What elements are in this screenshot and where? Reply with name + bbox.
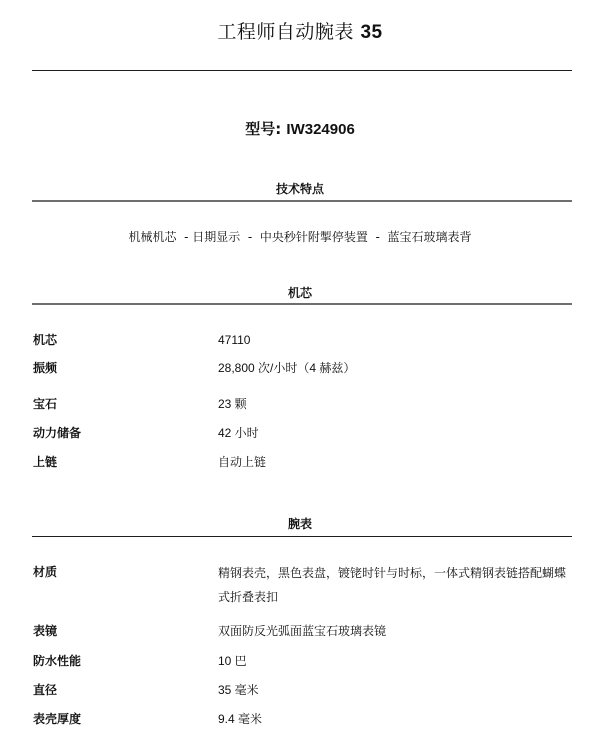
section-divider-movement [32,303,572,305]
page-title-text: 工程师自动腕表 [217,21,354,43]
section-divider-watch [32,536,572,537]
section-heading-movement: 机芯 [0,284,600,301]
spec-value: 42 小时 [218,422,573,444]
spec-value: 28,800 次/小时（4 赫兹） [218,357,573,379]
model-number: 型号: IW324906 [0,118,600,139]
spec-value: 47110 [218,329,573,351]
section-heading-technical-features: 技术特点 [0,180,600,197]
spec-value: 9.4 毫米 [218,708,573,730]
model-label: 型号: [245,120,281,138]
spec-value: 精钢表壳，黑色表盘，镀铑时针与时标，一体式精钢表链搭配蝴蝶式折叠表扣 [218,561,573,609]
spec-label: 表镜 [33,620,57,642]
spec-value: 23 颗 [218,393,573,415]
technical-features-list: 机械机芯 - 日期显示 - 中央秒针附掣停装置 - 蓝宝石玻璃表背 [0,228,600,245]
spec-value: 双面防反光弧面蓝宝石玻璃表镜 [218,620,573,642]
spec-label: 上链 [33,451,57,473]
section-heading-watch: 腕表 [0,515,600,532]
spec-value: 10 巴 [218,650,573,672]
spec-label: 材质 [33,561,57,583]
spec-label: 表壳厚度 [33,708,81,730]
spec-label: 防水性能 [33,650,81,672]
section-divider-technical-features [32,200,572,202]
page-title-number: 35 [360,22,382,43]
spec-label: 动力储备 [33,422,81,444]
spec-value: 35 毫米 [218,679,573,701]
spec-value: 自动上链 [218,451,573,473]
spec-label: 机芯 [33,329,57,351]
spec-label: 振频 [33,357,57,379]
page-title: 工程师自动腕表 35 [0,17,600,44]
spec-label: 直径 [33,679,57,701]
title-divider [32,70,572,71]
model-value: IW324906 [286,121,354,138]
spec-label: 宝石 [33,393,57,415]
